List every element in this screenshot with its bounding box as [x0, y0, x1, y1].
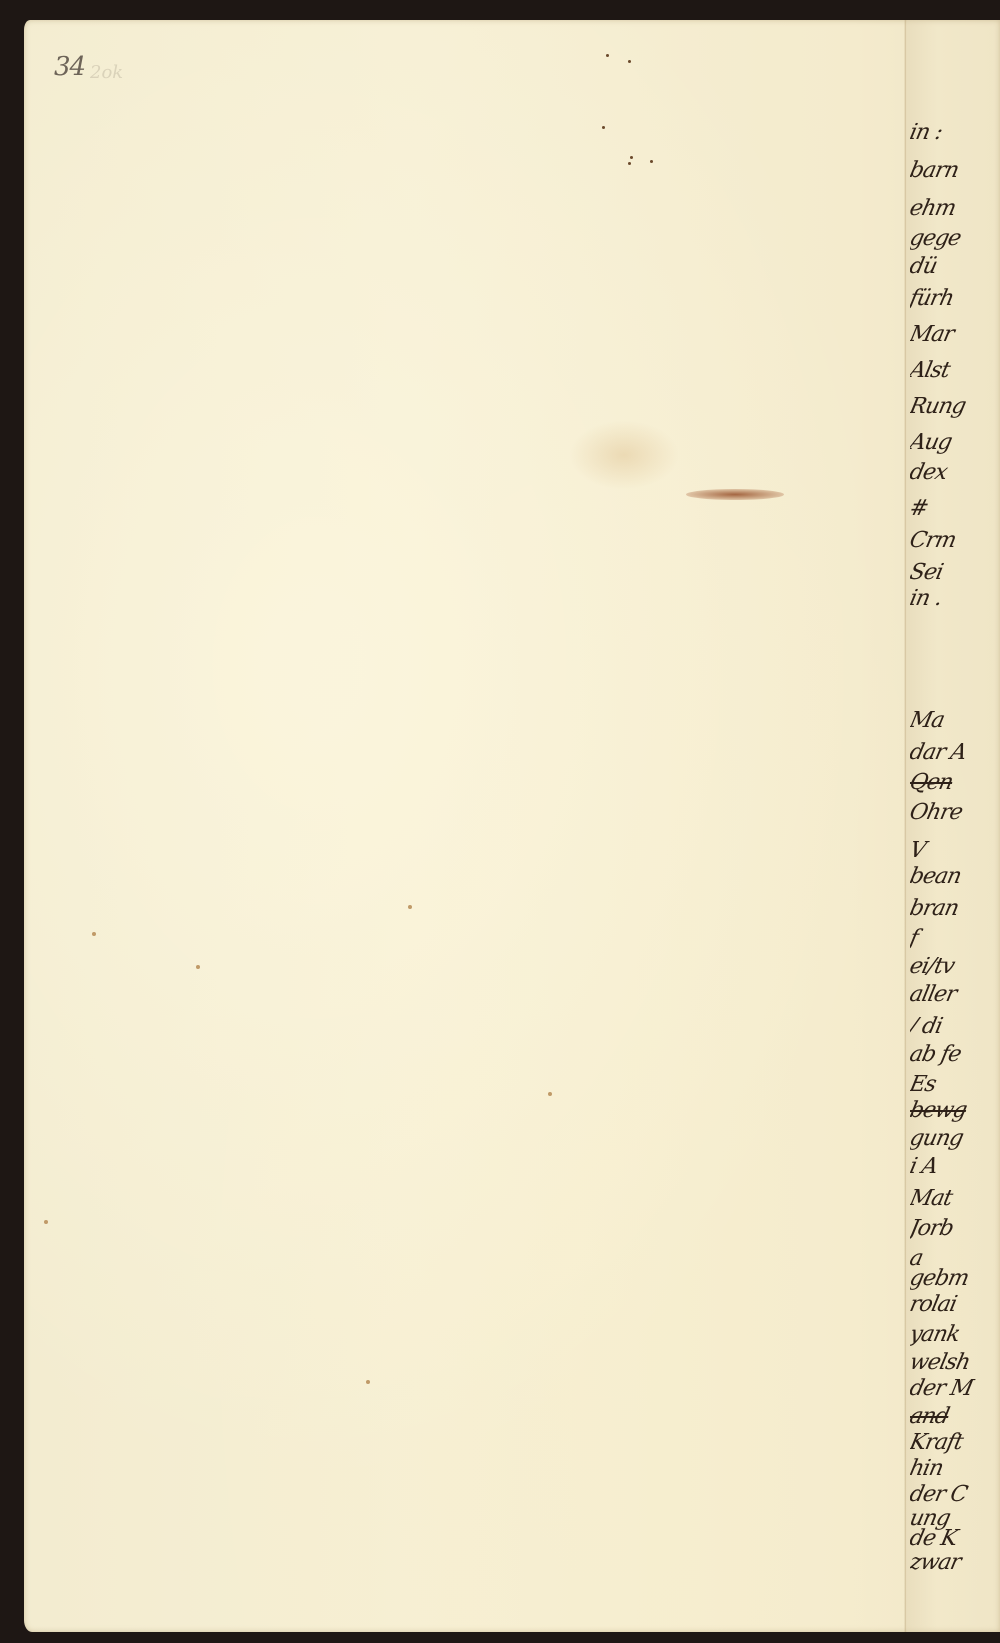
handwritten-line: aller — [910, 982, 958, 1007]
handwritten-line: yank — [910, 1322, 962, 1347]
handwritten-line: zwar — [910, 1550, 963, 1575]
handwritten-line: Jorb — [910, 1216, 955, 1241]
handwritten-line: ehm — [910, 196, 958, 221]
handwritten-line: Alst — [910, 358, 952, 383]
handwritten-line: Ma — [910, 708, 946, 733]
handwritten-line: der M — [910, 1376, 975, 1401]
handwritten-line: bean — [910, 864, 963, 889]
handwritten-line: gung — [910, 1126, 965, 1151]
handwritten-line: Rung — [910, 394, 968, 419]
handwritten-line: Ohre — [910, 800, 964, 825]
speck — [366, 1380, 370, 1384]
handwritten-line: Sei — [910, 560, 945, 585]
handwritten-line-struck: Qen — [910, 770, 955, 795]
handwritten-line: / di — [910, 1014, 944, 1039]
speck — [196, 965, 200, 969]
handwritten-line-struck: and — [910, 1404, 951, 1429]
handwritten-line: der C — [910, 1482, 969, 1507]
handwritten-line: Crm — [910, 528, 958, 553]
handwritten-line: Aug — [910, 430, 954, 455]
handwritten-line: dex — [910, 460, 949, 485]
handwritten-line: hin — [910, 1456, 945, 1481]
handwritten-line: de K — [910, 1526, 959, 1551]
manuscript-paper: 34 2ok in : barn ehm gege dü fürh Mar Al… — [24, 20, 1000, 1632]
handwritten-line: gebm — [910, 1266, 971, 1291]
handwritten-line: i A — [910, 1154, 940, 1179]
handwritten-line: Mat — [910, 1186, 954, 1211]
handwritten-line: Kraft — [910, 1430, 965, 1455]
handwritten-line: V — [910, 838, 928, 863]
handwritten-line: # — [910, 496, 930, 521]
handwritten-line: gege — [910, 226, 963, 251]
handwritten-line: f — [910, 926, 920, 951]
speck — [44, 1220, 48, 1224]
ink-stain — [686, 489, 784, 500]
handwritten-line: rolai — [910, 1292, 959, 1317]
speck — [650, 160, 653, 163]
speck — [408, 905, 412, 909]
handwritten-line: ei/tv — [910, 954, 956, 979]
right-page-handwriting: in : barn ehm gege dü fürh Mar Alst Rung… — [910, 20, 1000, 1632]
handwritten-line: barn — [910, 158, 961, 183]
speck — [630, 156, 633, 159]
handwritten-line: dar A — [910, 740, 968, 765]
water-stain — [569, 420, 679, 490]
handwritten-line: welsh — [910, 1350, 972, 1375]
speck — [548, 1092, 552, 1096]
speck — [602, 126, 605, 129]
speck — [92, 932, 96, 936]
speck — [606, 54, 609, 57]
handwritten-line: bran — [910, 896, 961, 921]
handwritten-line: Es — [910, 1072, 938, 1097]
handwritten-line: in : — [910, 120, 944, 145]
handwritten-line: Mar — [910, 322, 956, 347]
handwritten-line: in . — [910, 586, 944, 611]
faint-annotation: 2ok — [90, 62, 123, 83]
handwritten-line-struck: bewg — [910, 1098, 969, 1123]
handwritten-line: dü — [910, 254, 939, 279]
handwritten-line: ab fe — [910, 1042, 963, 1067]
page-number: 34 — [54, 52, 85, 82]
speck — [628, 60, 631, 63]
handwritten-line: fürh — [910, 286, 956, 311]
speck — [628, 162, 631, 165]
